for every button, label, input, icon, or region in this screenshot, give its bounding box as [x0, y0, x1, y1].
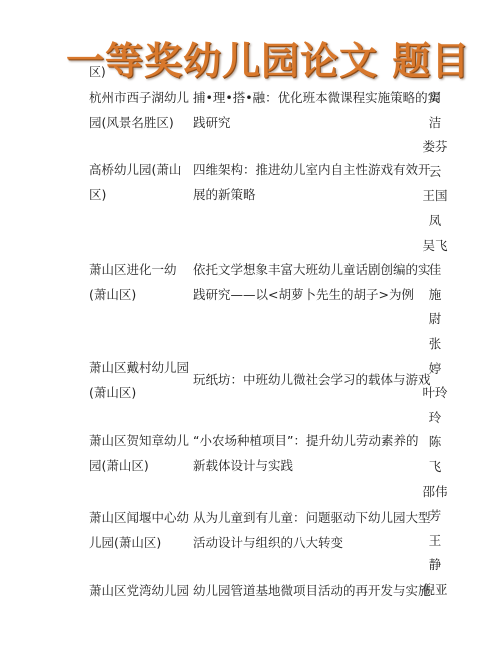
school-name: 儿园(萧山区): [89, 530, 161, 555]
author-name: 吴飞: [418, 233, 452, 258]
school-name: 杭州市西子湖幼儿: [89, 85, 189, 110]
author-name: 芳: [418, 503, 452, 528]
paper-title: 四维架构：推进幼儿室内自主性游戏有效开: [193, 157, 431, 182]
school-name: 园(风景名胜区): [89, 110, 174, 135]
school-name: 萧山区闻堰中心幼: [89, 505, 189, 530]
school-name: 高桥幼儿园(萧山: [89, 157, 181, 182]
author-name: 邵伟: [418, 479, 452, 504]
paper-title: 新载体设计与实践: [193, 453, 293, 478]
author-name: 婷: [418, 356, 452, 381]
author-name: 王: [418, 528, 452, 553]
paper-title: 依托文学想象丰富大班幼儿童话剧创编的实: [193, 257, 431, 282]
school-name: (萧山区): [89, 282, 136, 307]
author-name: 云: [418, 159, 452, 184]
author-name: 倪亚: [418, 577, 452, 602]
school-name: 萧山区党湾幼儿园: [89, 578, 189, 603]
author-name: 洁: [418, 110, 452, 135]
paper-title: 从为儿童到有儿童：问题驱动下幼儿园大型: [193, 505, 431, 530]
paper-title: 幼儿园管道基地微项目活动的再开发与实施: [193, 578, 431, 603]
author-name: 娄芬: [418, 134, 452, 159]
author-name: 张: [418, 331, 452, 356]
author-name: 佳: [418, 257, 452, 282]
school-name: 园(萧山区): [89, 453, 149, 478]
paper-title: 捕•理•搭•融：优化班本微课程实施策略的实: [193, 85, 440, 110]
paper-title: 践研究: [193, 110, 231, 135]
author-name: 凤: [418, 208, 452, 233]
paper-title: “小农场种植项目”：提升幼儿劳动素养的: [193, 428, 418, 453]
author-name: 陈: [418, 429, 452, 454]
paper-title: 践研究——以<胡萝卜先生的胡子>为例: [193, 282, 414, 307]
school-name: (萧山区): [89, 380, 136, 405]
author-name: 尉: [418, 306, 452, 331]
school-name: 萧山区贺知章幼儿: [89, 428, 189, 453]
author-name: 叶玲: [418, 380, 452, 405]
author-name: 施: [418, 282, 452, 307]
author-name: 静: [418, 552, 452, 577]
paper-title: 展的新策略: [193, 182, 256, 207]
paper-title: 活动设计与组织的八大转变: [193, 530, 343, 555]
author-name: 周: [418, 85, 452, 110]
author-name: 王国: [418, 183, 452, 208]
paper-title: 玩纸坊：中班幼儿微社会学习的载体与游戏: [193, 367, 431, 392]
page-title: 一等奖幼儿园论文 题目: [66, 30, 470, 85]
author-name: 飞: [418, 454, 452, 479]
author-name: 玲: [418, 405, 452, 430]
school-name: 区): [89, 182, 106, 207]
school-name: 萧山区戴村幼儿园: [89, 355, 189, 380]
school-name: 萧山区进化一幼: [89, 257, 177, 282]
